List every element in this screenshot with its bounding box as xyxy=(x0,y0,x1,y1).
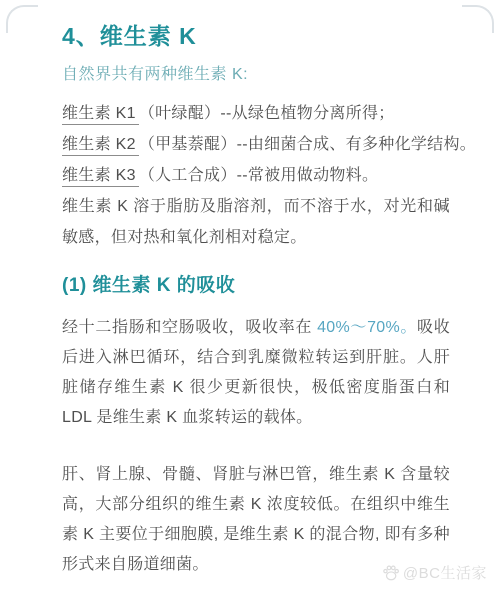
vitamin-k1-desc: （叶绿醌）--从绿色植物分离所得； xyxy=(139,105,395,122)
vitamin-k3-line: 维生素 K3（人工合成）--常被用做动物料。 xyxy=(62,160,450,191)
vitamin-k2-desc: （甲基萘醌）--由细菌合成、有多种化学结构。 xyxy=(139,136,476,153)
vitamin-k3-term: 维生素 K3 xyxy=(62,167,139,187)
watermark-text: @BC生活家 xyxy=(403,562,487,583)
document-page: 4、维生素 K 自然界共有两种维生素 K: 维生素 K1（叶绿醌）--从绿色植物… xyxy=(0,0,500,592)
vitamin-k1-line: 维生素 K1（叶绿醌）--从绿色植物分离所得； xyxy=(62,98,450,129)
absorption-paragraph: 经十二指肠和空肠吸收，吸收率在 40%～70%。吸收后进入淋巴循环，结合到乳糜微… xyxy=(62,313,450,433)
vitamin-k3-desc: （人工合成）--常被用做动物料。 xyxy=(139,167,378,184)
vitamin-k1-term: 维生素 K1 xyxy=(62,105,139,125)
absorption-text-before: 经十二指肠和空肠吸收，吸收率在 xyxy=(62,319,317,336)
watermark: @BC生活家 xyxy=(382,562,487,583)
subtitle: 自然界共有两种维生素 K: xyxy=(62,64,450,86)
page-title: 4、维生素 K xyxy=(62,22,450,50)
absorption-rate-highlight: 40%～70%。 xyxy=(317,319,417,336)
section-heading-absorption: (1) 维生素 K 的吸收 xyxy=(62,274,450,298)
card-corner-top-left xyxy=(6,5,38,33)
vitamin-k2-line: 维生素 K2（甲基萘醌）--由细菌合成、有多种化学结构。 xyxy=(62,129,450,160)
intro-paragraph: 维生素 K 溶于脂肪及脂溶剂，而不溶于水，对光和碱敏感，但对热和氧化剂相对稳定。 xyxy=(62,191,450,253)
vitamin-k2-term: 维生素 K2 xyxy=(62,136,139,156)
card-corner-top-right xyxy=(462,5,494,33)
paw-icon xyxy=(382,564,400,582)
